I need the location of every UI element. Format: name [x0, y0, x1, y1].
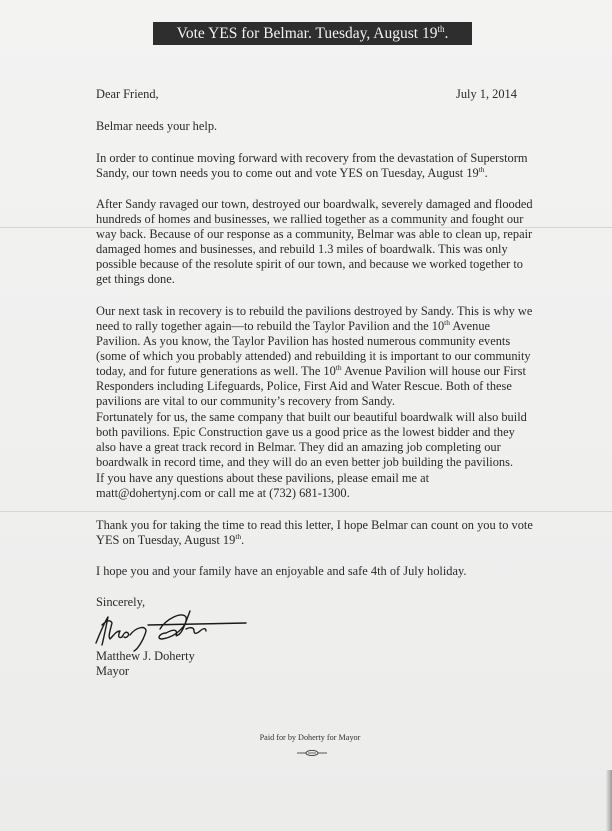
paragraph-vote-call: In order to continue moving forward with… — [96, 151, 536, 181]
paragraph-construction: Fortunately for us, the same company tha… — [96, 410, 536, 470]
paragraph-recovery: After Sandy ravaged our town, destroyed … — [96, 197, 536, 287]
paragraph-contact: If you have any questions about these pa… — [96, 471, 536, 501]
banner-period: . — [444, 25, 448, 42]
signature-icon — [90, 605, 250, 655]
paragraph-text: . — [485, 166, 488, 180]
paragraph-text: Thank you for taking the time to read th… — [96, 518, 533, 547]
paragraph-text: or call me at — [201, 486, 269, 500]
letter-date: July 1, 2014 — [456, 87, 517, 102]
intro-line: Belmar needs your help. — [96, 119, 536, 134]
letter-page: Vote YES for Belmar. Tuesday, August 19t… — [0, 0, 612, 831]
paper-edge-shadow — [606, 770, 612, 831]
contact-email: matt@dohertynj.com — [96, 486, 201, 500]
signer-title: Mayor — [96, 664, 129, 679]
paper-fold-line — [0, 511, 612, 512]
contact-phone: (732) 681-1300 — [269, 486, 346, 500]
paragraph-text: . — [241, 533, 244, 547]
paragraph-text: In order to continue moving forward with… — [96, 151, 528, 180]
paragraph-thanks: Thank you for taking the time to read th… — [96, 518, 536, 548]
banner-text: Vote YES for Belmar. Tuesday, August 19 — [177, 25, 438, 42]
vote-banner: Vote YES for Belmar. Tuesday, August 19t… — [153, 22, 472, 45]
paragraph-text: . — [347, 486, 350, 500]
paragraph-text: If you have any questions about these pa… — [96, 471, 429, 485]
signer-name: Matthew J. Doherty — [96, 649, 195, 664]
union-label-icon — [297, 750, 327, 756]
paragraph-holiday: I hope you and your family have an enjoy… — [96, 564, 536, 579]
paid-for-disclaimer: Paid for by Doherty for Mayor — [230, 733, 390, 742]
paragraph-pavilions: Our next task in recovery is to rebuild … — [96, 304, 536, 409]
